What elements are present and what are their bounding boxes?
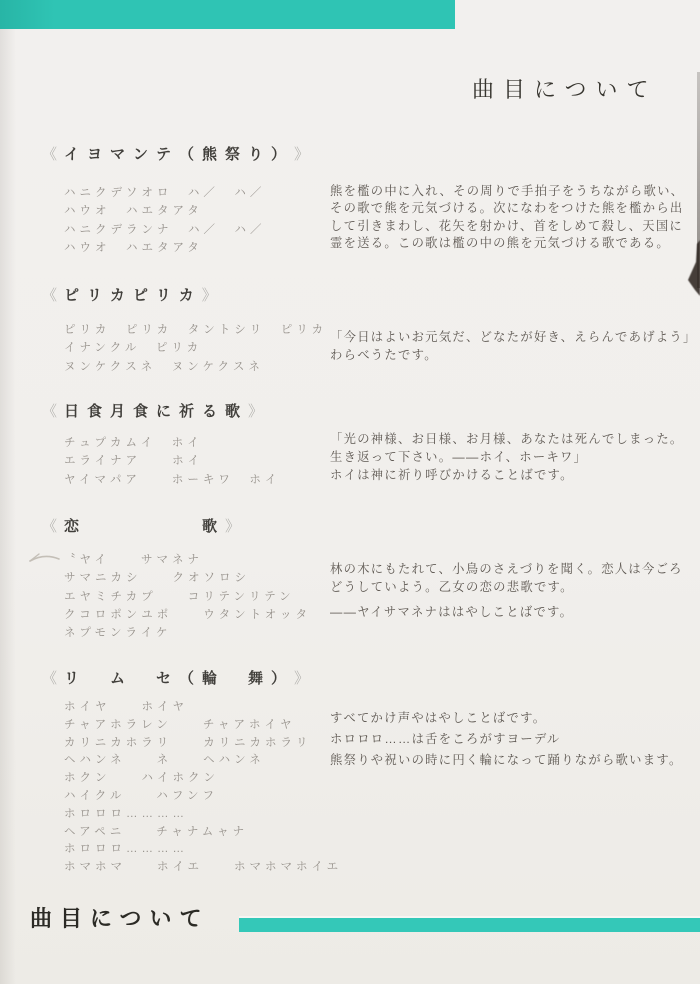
lyrics-block: ホイヤ ホイヤ チャアホラレン チャアホイヤ カリニカホラリ カリニカホラリ ヘ… — [64, 699, 342, 877]
section-heading-text: ピリカピリカ — [64, 284, 202, 305]
page-title: 曲目について — [472, 73, 658, 104]
heading-bracket-open-icon: 《 — [42, 143, 57, 164]
heading-bracket-close-icon: 》 — [294, 143, 309, 164]
lyrics-block: ハニクデソオロ ハ／ ハ／ ハウオ ハエタアタ ハニクデランナ ハ／ ハ／ ハウ… — [64, 184, 266, 257]
footer-title: 曲目について — [30, 902, 210, 933]
lyrics-block: チュプカムイ ホイ エライナア ホイ ヤイマパア ホーキワ ホイ — [64, 434, 280, 489]
lyrics-block: 〝ヤイ サマネナ サマニカシ クオソロシ エヤミチカプ コリテンリテン クコロポ… — [64, 551, 311, 642]
description-block: 林の木にもたれて、小鳥のさえづりを聞く。恋人は今ごろ どうしていよう。乙女の恋の… — [330, 560, 700, 596]
heading-bracket-close-icon: 》 — [202, 284, 217, 305]
page-gutter-shadow — [0, 0, 16, 984]
heading-bracket-close-icon: 》 — [248, 400, 263, 421]
description-note-block: ――ヤイサマネナははやしことばです。 — [330, 603, 700, 621]
description-block: すべてかけ声やはやしことばです。 ホロロロ……は舌をころがすヨーデル 熊祭りや祝… — [330, 708, 700, 771]
description-block: 「今日はよいお元気だ、どなたが好き、えらんであげよう」 わらべうたです。 — [330, 328, 700, 364]
description-block: 「光の神様、お日様、お月様、あなたは死んでしまった。 生き返って下さい。――ホイ… — [330, 430, 700, 484]
heading-bracket-open-icon: 《 — [42, 667, 57, 688]
scanned-program-page: 曲目について 《イヨマンテ（熊祭り）》 ハニクデソオロ ハ／ ハ／ ハウオ ハエ… — [0, 0, 700, 984]
heading-bracket-open-icon: 《 — [42, 515, 57, 536]
section-heading: 《日食月食に祈る歌》 — [42, 400, 263, 421]
description-block: 熊を檻の中に入れ、その周りで手拍子をうちながら歌い、 その歌で熊を元気づける。次… — [330, 183, 700, 253]
section-heading-text: 日食月食に祈る歌 — [64, 400, 248, 421]
section-heading: 《恋 歌》 — [42, 515, 240, 536]
heading-bracket-close-icon: 》 — [294, 667, 309, 688]
section-heading: 《リ ム セ（輪 舞）》 — [42, 667, 309, 688]
section-heading-text: 恋 歌 — [64, 515, 225, 536]
heading-bracket-open-icon: 《 — [42, 400, 57, 421]
heading-bracket-open-icon: 《 — [42, 284, 57, 305]
lyrics-block: ピリカ ピリカ タントシリ ピリカ イナンクル ピリカ ヌンケクスネ ヌンケクス… — [64, 321, 327, 376]
pencil-tick-icon — [27, 550, 61, 570]
section-heading-text: イヨマンテ（熊祭り） — [64, 143, 294, 164]
section-heading: 《イヨマンテ（熊祭り）》 — [42, 143, 309, 164]
header-accent-bar — [0, 0, 455, 29]
section-heading-text: リ ム セ（輪 舞） — [64, 667, 294, 688]
section-heading: 《ピリカピリカ》 — [42, 284, 217, 305]
footer-accent-bar — [239, 918, 700, 932]
page-edge-artifact — [687, 240, 700, 298]
heading-bracket-close-icon: 》 — [225, 515, 240, 536]
